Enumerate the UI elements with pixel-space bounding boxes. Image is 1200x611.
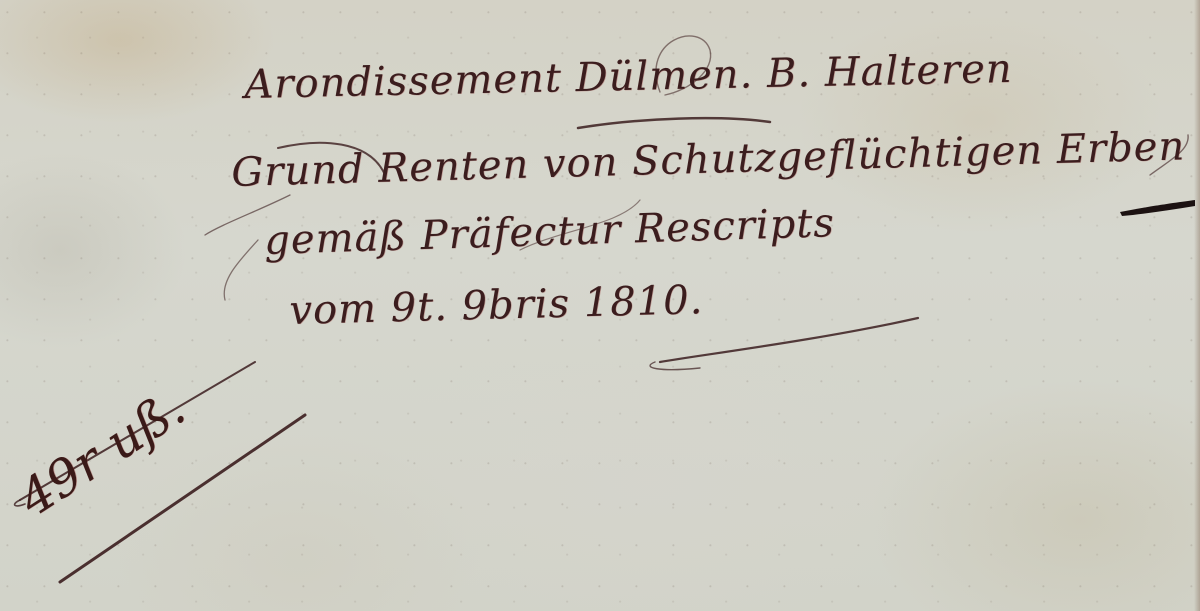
paper-edge [1194,0,1200,611]
